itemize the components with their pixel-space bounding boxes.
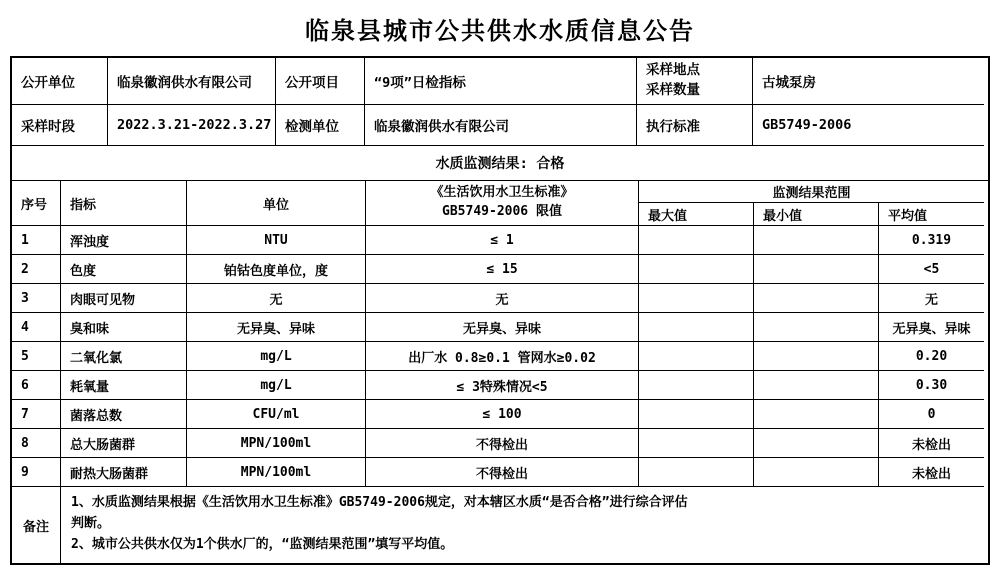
cell-seq: 1 — [12, 226, 61, 255]
cell-avg: 0 — [879, 400, 984, 429]
public-project-label: 公开项目 — [276, 58, 365, 105]
cell-limit: 不得检出 — [366, 458, 639, 487]
cell-seq: 9 — [12, 458, 61, 487]
cell-seq: 3 — [12, 284, 61, 313]
table-body: 1 浑浊度 NTU ≤ 1 0.319 2 色度 铂钴色度单位，度 ≤ 15 <… — [12, 226, 988, 487]
cell-avg: 未检出 — [879, 429, 984, 458]
cell-seq: 8 — [12, 429, 61, 458]
table-header: 序号 指标 单位 《生活饮用水卫生标准》 GB5749-2006 限值 监测结果… — [12, 181, 988, 226]
header-max: 最大值 — [639, 203, 754, 226]
cell-max — [639, 429, 754, 458]
cell-avg: 0.30 — [879, 371, 984, 400]
cell-min — [754, 313, 879, 342]
cell-min — [754, 371, 879, 400]
cell-max — [639, 313, 754, 342]
cell-min — [754, 400, 879, 429]
cell-indicator: 菌落总数 — [61, 400, 187, 429]
cell-limit: 无异臭、异味 — [366, 313, 639, 342]
sampling-point-label-line1: 采样地点 — [646, 61, 700, 81]
cell-limit: ≤ 3特殊情况<5 — [366, 371, 639, 400]
cell-avg: 0.319 — [879, 226, 984, 255]
testing-unit-value: 临泉徽润供水有限公司 — [365, 105, 637, 146]
cell-max — [639, 458, 754, 487]
cell-avg: 未检出 — [879, 458, 984, 487]
public-unit-value: 临泉徽润供水有限公司 — [108, 58, 276, 105]
cell-avg: 0.20 — [879, 342, 984, 371]
cell-max — [639, 342, 754, 371]
cell-indicator: 浑浊度 — [61, 226, 187, 255]
cell-indicator: 总大肠菌群 — [61, 429, 187, 458]
header-range: 监测结果范围 — [639, 181, 984, 203]
cell-max — [639, 226, 754, 255]
result-banner: 水质监测结果: 合格 — [12, 146, 988, 181]
cell-max — [639, 284, 754, 313]
cell-unit: NTU — [187, 226, 366, 255]
header-seq: 序号 — [12, 181, 61, 226]
cell-min — [754, 255, 879, 284]
water-quality-notice-table: 公开单位 临泉徽润供水有限公司 公开项目 “9项”日检指标 采样地点 采样数量 … — [10, 56, 990, 565]
cell-indicator: 耐热大肠菌群 — [61, 458, 187, 487]
header-avg: 平均值 — [879, 203, 984, 226]
sampling-point-label: 采样地点 采样数量 — [637, 58, 753, 105]
cell-min — [754, 458, 879, 487]
cell-indicator: 肉眼可见物 — [61, 284, 187, 313]
cell-max — [639, 400, 754, 429]
cell-unit: CFU/ml — [187, 400, 366, 429]
cell-min — [754, 226, 879, 255]
cell-seq: 6 — [12, 371, 61, 400]
remarks-row: 备注 1、水质监测结果根据《生活饮用水卫生标准》GB5749-2006规定，对本… — [12, 487, 988, 563]
cell-indicator: 二氧化氯 — [61, 342, 187, 371]
cell-seq: 7 — [12, 400, 61, 429]
cell-unit: MPN/100ml — [187, 458, 366, 487]
cell-limit: 无 — [366, 284, 639, 313]
standard-label: 执行标准 — [637, 105, 753, 146]
cell-indicator: 耗氧量 — [61, 371, 187, 400]
cell-min — [754, 284, 879, 313]
cell-unit: 无 — [187, 284, 366, 313]
remark-line-1: 1、水质监测结果根据《生活饮用水卫生标准》GB5749-2006规定，对本辖区水… — [71, 492, 974, 513]
remarks-label: 备注 — [12, 487, 61, 563]
remark-line-3: 2、城市公共供水仅为1个供水厂的，“监测结果范围”填写平均值。 — [71, 534, 974, 555]
cell-indicator: 臭和味 — [61, 313, 187, 342]
page-title: 临泉县城市公共供水水质信息公告 — [0, 0, 1000, 56]
cell-unit: mg/L — [187, 342, 366, 371]
cell-limit: ≤ 15 — [366, 255, 639, 284]
cell-min — [754, 342, 879, 371]
header-indicator: 指标 — [61, 181, 187, 226]
sampling-point-label-line2: 采样数量 — [646, 81, 700, 101]
sampling-period-label: 采样时段 — [12, 105, 108, 146]
testing-unit-label: 检测单位 — [276, 105, 365, 146]
cell-limit: 出厂水 0.8≥0.1 管网水≥0.02 — [366, 342, 639, 371]
standard-value: GB5749-2006 — [753, 105, 984, 146]
header-unit: 单位 — [187, 181, 366, 226]
cell-limit: ≤ 100 — [366, 400, 639, 429]
public-project-value: “9项”日检指标 — [365, 58, 637, 105]
cell-seq: 5 — [12, 342, 61, 371]
header-limit-line2: GB5749-2006 限值 — [442, 203, 562, 222]
header-limit: 《生活饮用水卫生标准》 GB5749-2006 限值 — [366, 181, 639, 226]
remarks-content: 1、水质监测结果根据《生活饮用水卫生标准》GB5749-2006规定，对本辖区水… — [61, 487, 984, 563]
header-min: 最小值 — [754, 203, 879, 226]
cell-unit: 无异臭、异味 — [187, 313, 366, 342]
header-limit-line1: 《生活饮用水卫生标准》 — [430, 184, 573, 203]
public-unit-label: 公开单位 — [12, 58, 108, 105]
cell-unit: 铂钴色度单位，度 — [187, 255, 366, 284]
cell-max — [639, 371, 754, 400]
cell-max — [639, 255, 754, 284]
cell-limit: ≤ 1 — [366, 226, 639, 255]
cell-min — [754, 429, 879, 458]
sampling-point-value: 古城泵房 — [753, 58, 984, 105]
cell-avg: <5 — [879, 255, 984, 284]
cell-seq: 2 — [12, 255, 61, 284]
cell-indicator: 色度 — [61, 255, 187, 284]
cell-unit: mg/L — [187, 371, 366, 400]
cell-avg: 无 — [879, 284, 984, 313]
info-grid: 公开单位 临泉徽润供水有限公司 公开项目 “9项”日检指标 采样地点 采样数量 … — [12, 58, 988, 146]
sampling-period-value: 2022.3.21-2022.3.27 — [108, 105, 276, 146]
cell-limit: 不得检出 — [366, 429, 639, 458]
cell-unit: MPN/100ml — [187, 429, 366, 458]
remark-line-2: 判断。 — [71, 513, 974, 534]
cell-avg: 无异臭、异味 — [879, 313, 984, 342]
cell-seq: 4 — [12, 313, 61, 342]
